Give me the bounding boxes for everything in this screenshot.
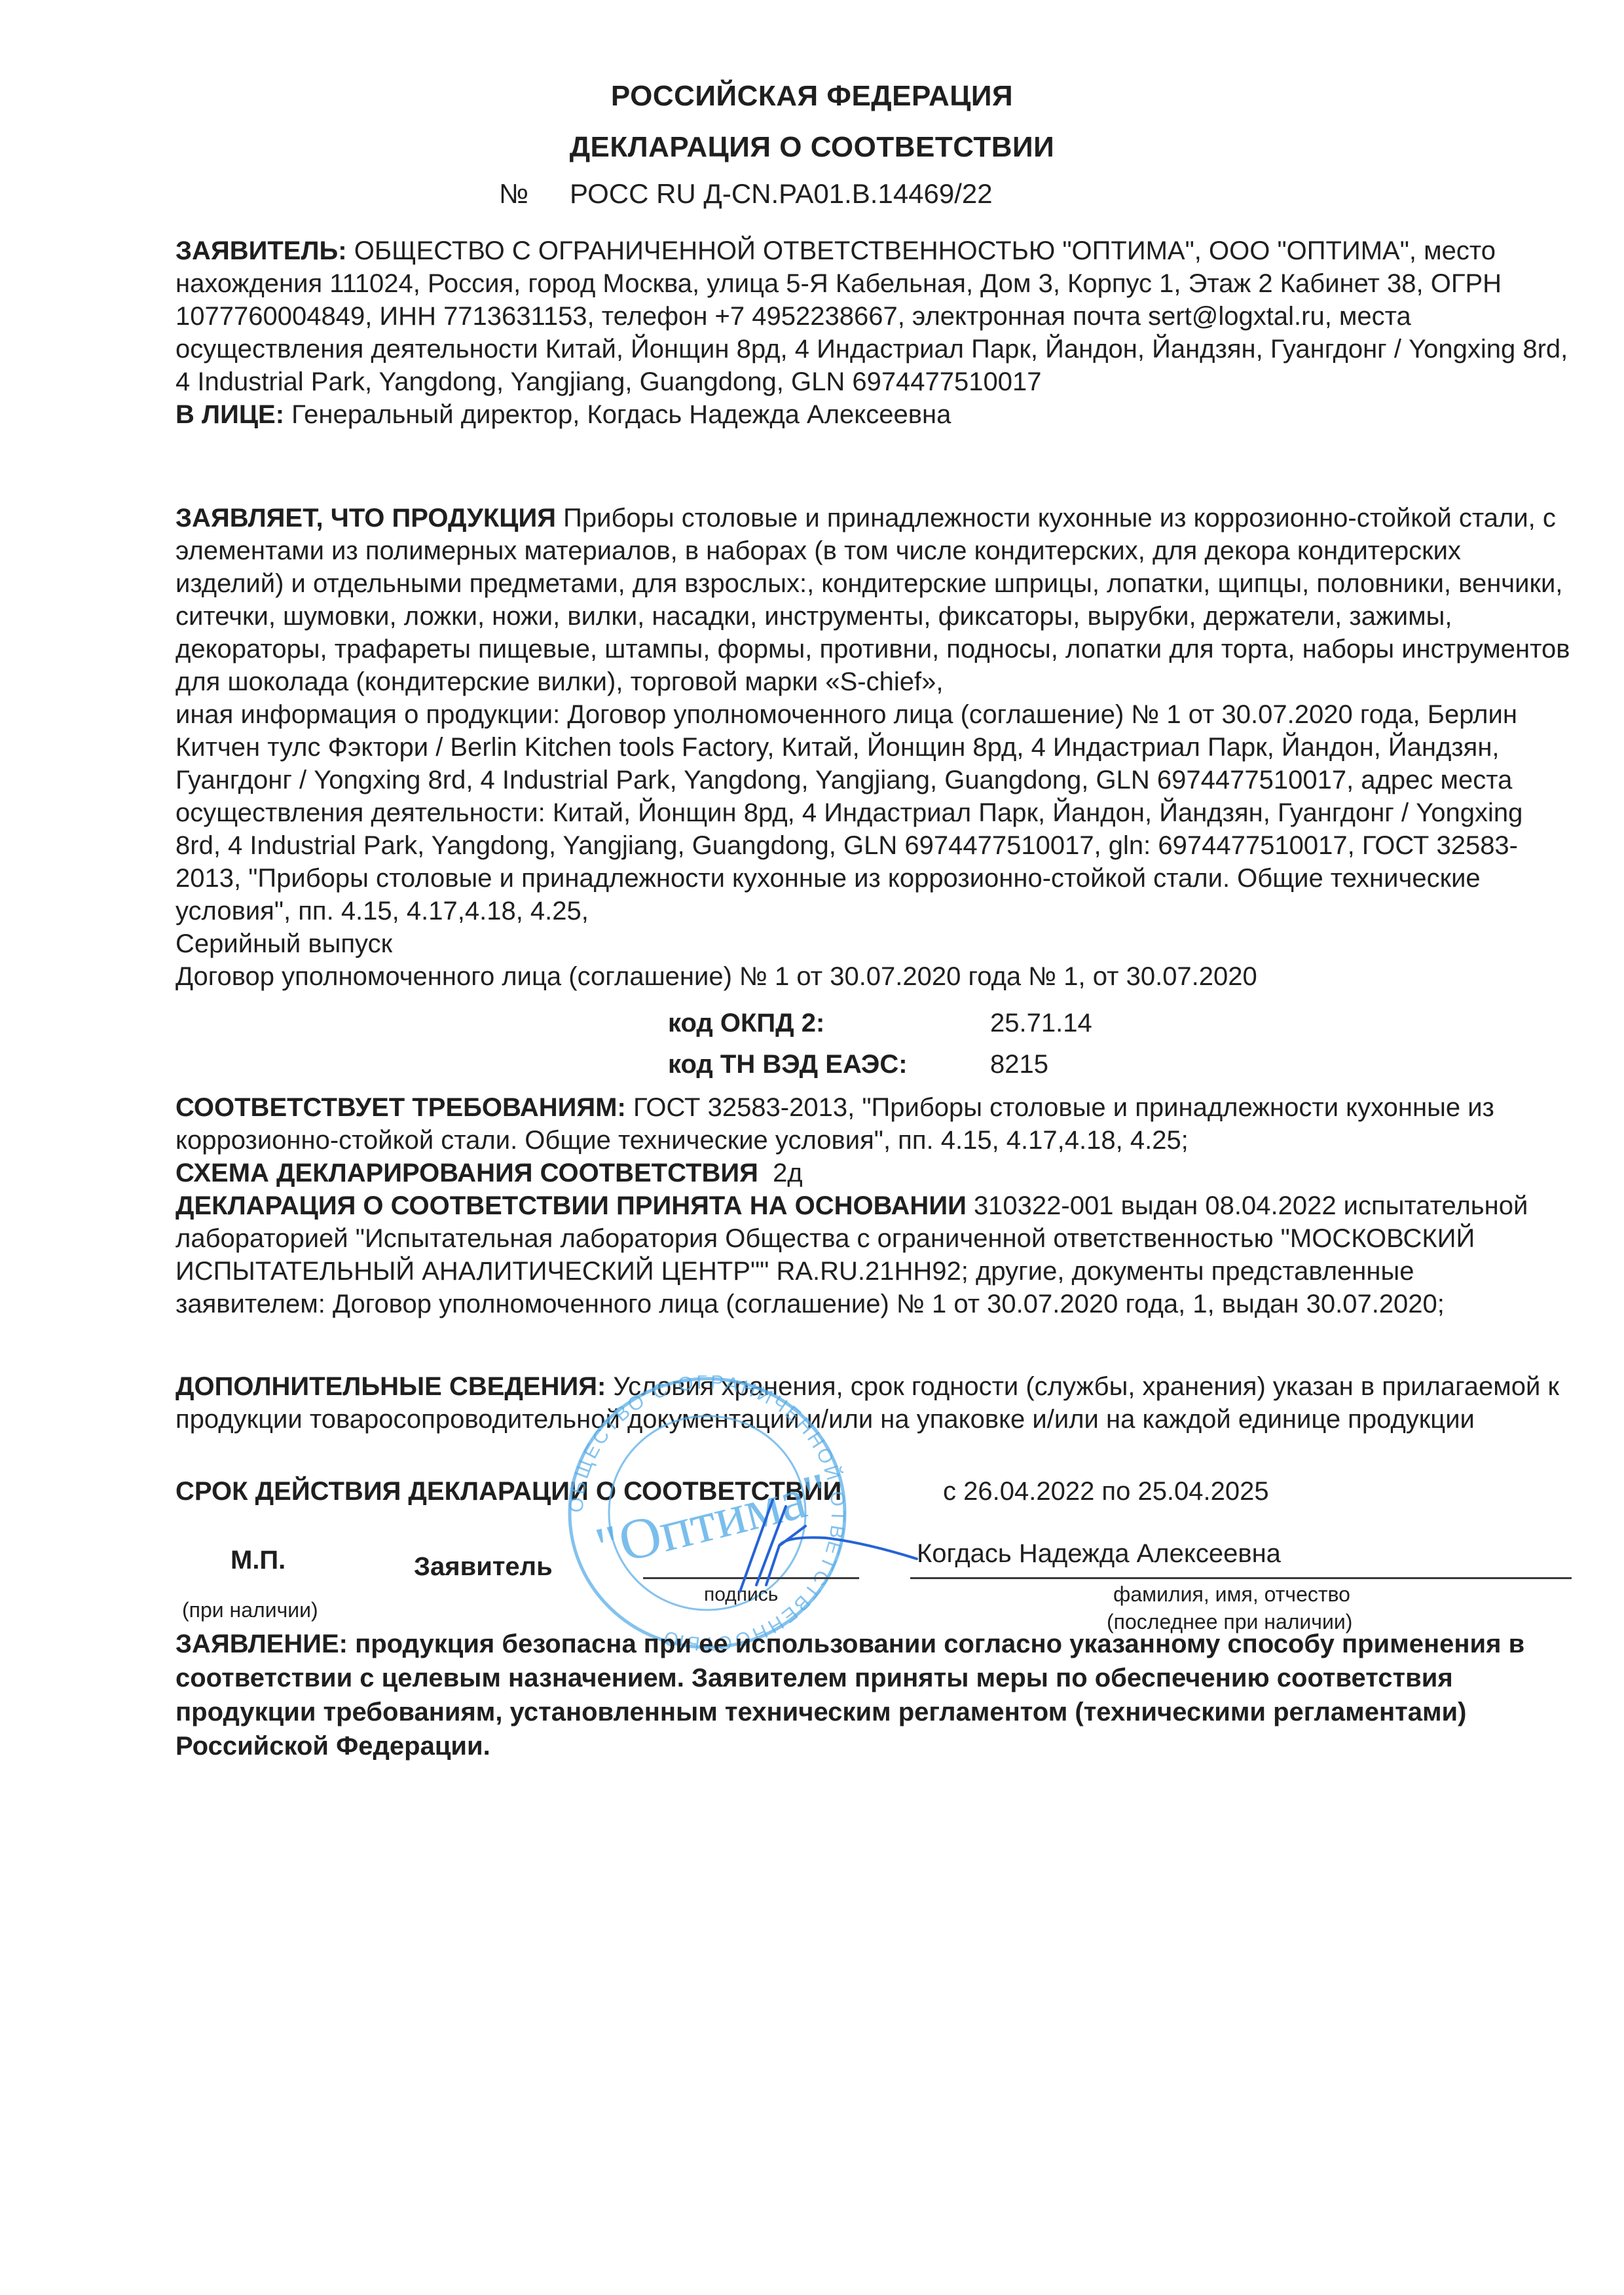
- signature-icon: [720, 1487, 930, 1598]
- name-caption: фамилия, имя, отчество: [1113, 1582, 1350, 1607]
- mp-note: (при наличии): [182, 1598, 318, 1622]
- okpd-row: код ОКПД 2: 25.71.14: [668, 1009, 824, 1038]
- declaration-number: №РОСС RU Д-CN.РА01.В.14469/22: [499, 178, 993, 210]
- tnved-value: 8215: [990, 1050, 1048, 1079]
- okpd-label: код ОКПД 2:: [668, 1009, 824, 1038]
- mp-label: М.П.: [231, 1546, 286, 1575]
- tnved-row: код ТН ВЭД ЕАЭС: 8215: [668, 1050, 908, 1079]
- signature-section: М.П. (при наличии) Заявитель подпись Ког…: [0, 1526, 1624, 1637]
- name-line: [910, 1577, 1572, 1579]
- conformity-label: СООТВЕТСТВУЕТ ТРЕБОВАНИЯМ:: [175, 1093, 626, 1122]
- represented-label: В ЛИЦЕ:: [175, 400, 284, 429]
- product-text: Приборы столовые и принадлежности кухонн…: [175, 504, 1570, 696]
- product-section: ЗАЯВЛЯЕТ, ЧТО ПРОДУКЦИЯ Приборы столовые…: [175, 502, 1570, 993]
- validity-value: с 26.04.2022 по 25.04.2025: [943, 1475, 1269, 1508]
- applicant-text: ОБЩЕСТВО С ОГРАНИЧЕННОЙ ОТВЕТСТВЕННОСТЬЮ…: [175, 236, 1568, 396]
- applicant-signer-label: Заявитель: [414, 1552, 553, 1582]
- signer-name: Когдась Надежда Алексеевна: [917, 1539, 1281, 1569]
- document-title: ДЕКЛАРАЦИЯ О СООТВЕТСТВИИ: [0, 131, 1624, 164]
- number-sign: №: [499, 178, 570, 210]
- okpd-value: 25.71.14: [990, 1009, 1092, 1038]
- declaration-number-value: РОСС RU Д-CN.РА01.В.14469/22: [570, 178, 993, 209]
- safety-statement: ЗАЯВЛЕНИЕ: продукция безопасна при ее ис…: [175, 1627, 1570, 1763]
- conformity-section: СООТВЕТСТВУЕТ ТРЕБОВАНИЯМ: ГОСТ 32583-20…: [175, 1091, 1570, 1320]
- represented-text: Генеральный директор, Когдась Надежда Ал…: [291, 400, 951, 429]
- scheme-label: СХЕМА ДЕКЛАРИРОВАНИЯ СООТВЕТСТВИЯ: [175, 1159, 758, 1187]
- serial-release: Серийный выпуск: [175, 927, 1570, 960]
- declaration-page: РОССИЙСКАЯ ФЕДЕРАЦИЯ ДЕКЛАРАЦИЯ О СООТВЕ…: [0, 0, 1624, 2295]
- country-heading: РОССИЙСКАЯ ФЕДЕРАЦИЯ: [0, 80, 1624, 113]
- applicant-section: ЗАЯВИТЕЛЬ: ОБЩЕСТВО С ОГРАНИЧЕННОЙ ОТВЕТ…: [175, 234, 1570, 431]
- scheme-value: 2д: [773, 1159, 803, 1187]
- contract-info: Договор уполномоченного лица (соглашение…: [175, 960, 1570, 993]
- tnved-label: код ТН ВЭД ЕАЭС:: [668, 1050, 908, 1079]
- product-label: ЗАЯВЛЯЕТ, ЧТО ПРОДУКЦИЯ: [175, 504, 556, 532]
- applicant-label: ЗАЯВИТЕЛЬ:: [175, 236, 347, 265]
- product-other-info: иная информация о продукции: Договор упо…: [175, 698, 1570, 927]
- basis-label: ДЕКЛАРАЦИЯ О СООТВЕТСТВИИ ПРИНЯТА НА ОСН…: [175, 1191, 967, 1220]
